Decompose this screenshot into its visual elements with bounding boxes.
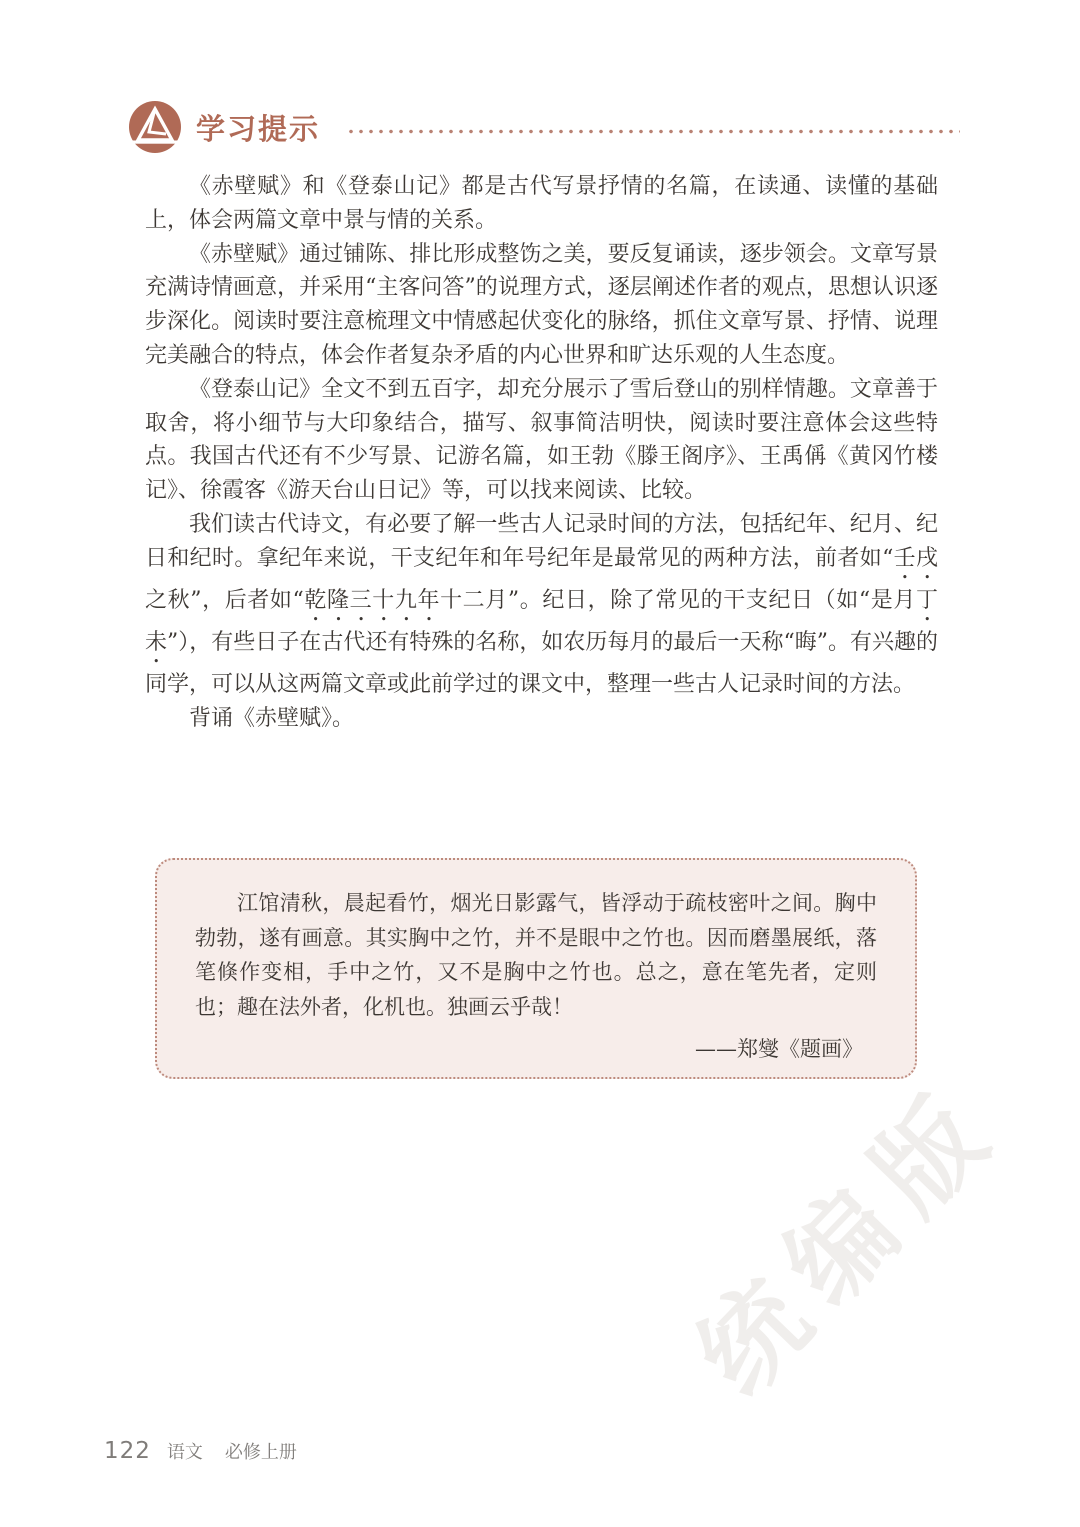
edition-watermark: 统编版 (634, 1021, 1051, 1445)
page-footer: 122 语文 必修上册 (104, 1438, 297, 1464)
paragraph: 《赤壁赋》和《登泰山记》都是古代写景抒情的名篇，在读通、读懂的基础上，体会两篇文… (145, 170, 938, 238)
page-number: 122 (104, 1438, 151, 1464)
footer-volume: 必修上册 (225, 1438, 297, 1464)
paragraph: 我们读古代诗文，有必要了解一些古人记录时间的方法，包括纪年、纪月、纪日和纪时。拿… (145, 508, 938, 702)
section-title: 学习提示 (196, 107, 320, 148)
text-segment: 《赤壁赋》通过铺陈、排比形成整饬之美，要反复诵读，逐步领会。文章写景充满诗情画意… (145, 242, 938, 368)
study-tips-logo-icon (128, 100, 182, 154)
dotted-separator (346, 129, 960, 134)
text-segment: 背诵《赤壁赋》。 (189, 706, 354, 731)
body-paragraphs: 《赤壁赋》和《登泰山记》都是古代写景抒情的名篇，在读通、读懂的基础上，体会两篇文… (145, 170, 938, 735)
section-header: 学习提示 (128, 100, 960, 154)
text-segment: 我们读古代诗文，有必要了解一些古人记录时间的方法，包括纪年、纪月、纪日和纪时。拿… (145, 512, 938, 571)
text-segment: 《登泰山记》全文不到五百字，却充分展示了雪后登山的别样情趣。文章善于取舍，将小细… (145, 377, 938, 503)
textbook-page: { "header": { "title": "学习提示" }, "conten… (0, 0, 1080, 1527)
text-segment: 十二月”。纪日，除了常见的干支纪日（如“是月 (440, 588, 916, 613)
paragraph: 背诵《赤壁赋》。 (145, 702, 938, 736)
text-segment: 之秋”，后者如“ (145, 588, 304, 613)
emphasized-text: 壬戌 (893, 546, 938, 571)
emphasized-text: 乾隆三十九年 (304, 588, 440, 613)
text-segment: ”），有些日子在古代还有特殊的名称，如农历每月的最后一天称“晦”。有兴趣的同学，… (145, 630, 938, 697)
quote-attribution: ——郑燮《题画》 (195, 1032, 877, 1067)
footer-subject: 语文 (167, 1438, 203, 1464)
text-segment: 《赤壁赋》和《登泰山记》都是古代写景抒情的名篇，在读通、读懂的基础上，体会两篇文… (145, 174, 938, 233)
paragraph: 《赤壁赋》通过铺陈、排比形成整饬之美，要反复诵读，逐步领会。文章写景充满诗情画意… (145, 238, 938, 373)
quote-text: 江馆清秋，晨起看竹，烟光日影露气，皆浮动于疏枝密叶之间。胸中勃勃，遂有画意。其实… (195, 886, 877, 1024)
quote-box: 江馆清秋，晨起看竹，烟光日影露气，皆浮动于疏枝密叶之间。胸中勃勃，遂有画意。其实… (155, 858, 917, 1079)
paragraph: 《登泰山记》全文不到五百字，却充分展示了雪后登山的别样情趣。文章善于取舍，将小细… (145, 373, 938, 508)
